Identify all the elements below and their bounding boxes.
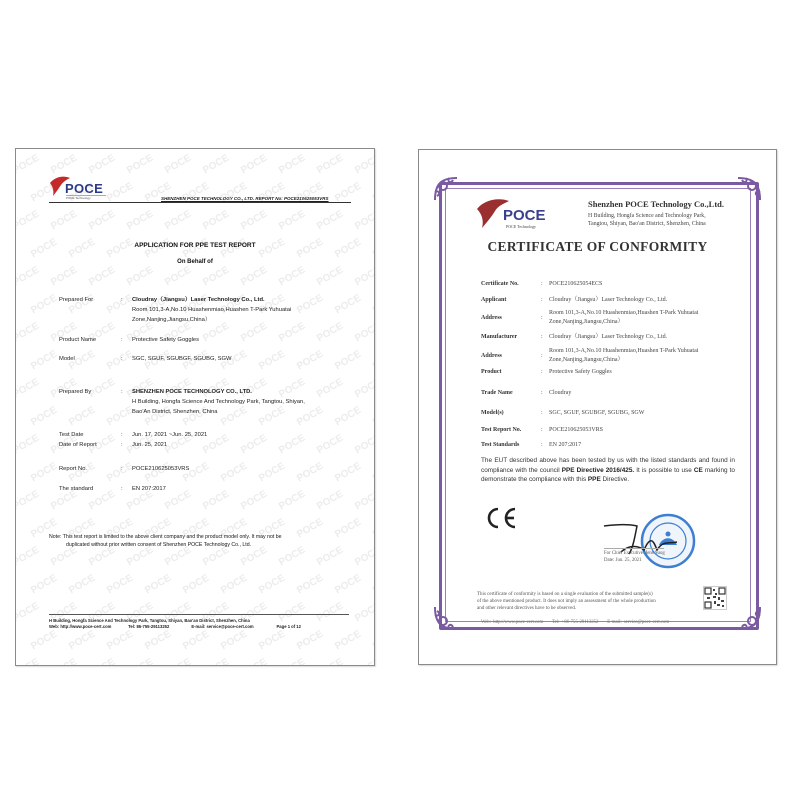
watermark-text: POCE: [354, 153, 375, 177]
field-colon: :: [121, 356, 123, 362]
watermark-text: POCE: [354, 209, 375, 233]
statement-directive: PPE Directive 2016/425.: [562, 467, 634, 474]
watermark-text: POCE: [106, 629, 136, 653]
watermark-text: POCE: [316, 657, 346, 666]
watermark-text: POCE: [258, 349, 288, 373]
field-value: SGC, SGUF, SGUBGF, SGUBG, SGW: [549, 409, 644, 418]
company-address: H Building, Hongfa Science and Technolog…: [588, 212, 706, 228]
field-colon: :: [541, 334, 543, 340]
signature-line: [604, 548, 664, 549]
field-value: POCE210625053VRS: [132, 464, 189, 474]
watermark-text: POCE: [50, 153, 80, 177]
watermark-text: POCE: [296, 573, 326, 597]
logo-name: POCE: [503, 207, 546, 224]
watermark-text: POCE: [106, 181, 136, 205]
field-value-line: Room 101,3-A,No.10 Huashenmiao,Huashen T…: [132, 305, 291, 315]
field-colon: :: [541, 369, 543, 375]
watermark-text: POCE: [240, 489, 270, 513]
watermark-text: POCE: [30, 349, 60, 373]
watermark-text: POCE: [278, 489, 308, 513]
field-value: Cloudray（Jiangsu）Laser Technology Co., L…: [549, 296, 667, 305]
field-label: Applicant: [481, 297, 506, 303]
field-value-line: Protective Safety Goggles: [132, 335, 199, 345]
corner-ornament-icon: [734, 174, 764, 204]
field-label: Prepared For: [59, 297, 119, 303]
watermark-text: POCE: [316, 321, 346, 345]
watermark-text: POCE: [220, 573, 250, 597]
watermark-text: POCE: [372, 629, 375, 653]
field-value-line: Zone,Nanjing,Jiangsu,China）: [132, 315, 291, 325]
watermark-text: POCE: [334, 629, 364, 653]
field-value: SGC, SGUF, SGUBGF, SGUBG, SGW: [132, 354, 232, 364]
footer-tel: Tel: 86-755-29113252: [128, 624, 190, 630]
field-value-line: SGC, SGUF, SGUBGF, SGUBG, SGW: [132, 354, 232, 364]
watermark-text: POCE: [334, 461, 364, 485]
field-value-line: Zone,Nanjing,Jiangsu,China）: [549, 356, 698, 365]
field-colon: :: [121, 389, 123, 395]
field-label: Address: [481, 315, 502, 321]
watermark-text: POCE: [144, 573, 174, 597]
watermark-text: POCE: [354, 657, 375, 666]
watermark-text: POCE: [258, 629, 288, 653]
watermark-text: POCE: [296, 293, 326, 317]
field-value-line: Room 101,3-A,No.10 Huashenmiao,Huashen T…: [549, 309, 698, 318]
poce-logo: POCE POCE Technology: [476, 197, 546, 231]
watermark-text: POCE: [15, 433, 42, 457]
watermark-text: POCE: [296, 517, 326, 541]
field-value-line: Jun. 25, 2021: [132, 440, 167, 450]
field-colon: :: [541, 442, 543, 448]
watermark-text: POCE: [334, 405, 364, 429]
statement-ppe: PPE: [588, 476, 601, 483]
watermark-text: POCE: [15, 153, 42, 177]
field-value-line: POCE210625053VRS: [549, 426, 603, 435]
watermark-text: POCE: [258, 461, 288, 485]
qr-code: [703, 586, 727, 610]
logo-name: POCE: [65, 181, 103, 196]
signature-text: For Chief Executive: Jens Suog Date: Jun…: [604, 550, 665, 564]
watermark-text: POCE: [372, 461, 375, 485]
watermark-text: POCE: [126, 153, 156, 177]
field-value: Protective Safety Goggles: [549, 368, 612, 377]
watermark-text: POCE: [240, 265, 270, 289]
footer-page: Page 1 of 12: [277, 624, 301, 630]
field-colon: :: [121, 297, 123, 303]
watermark-text: POCE: [372, 573, 375, 597]
watermark-text: POCE: [240, 153, 270, 177]
watermark-text: POCE: [164, 209, 194, 233]
note-line-1: Note: This test report is limited to the…: [49, 533, 282, 541]
field-label: Report No.: [59, 466, 119, 472]
contact-web: Web: http://www.poce-cert.com: [481, 620, 543, 625]
watermark-text: POCE: [372, 349, 375, 373]
field-colon: :: [541, 297, 543, 303]
watermark-text: POCE: [316, 265, 346, 289]
watermark-text: POCE: [278, 209, 308, 233]
field-value-line: Cloudray（Jiangsu）Laser Technology Co., L…: [549, 333, 667, 342]
ce-mark-icon: [484, 506, 518, 530]
watermark-text: POCE: [15, 377, 42, 401]
statement-text: It is possible to use: [634, 467, 694, 474]
watermark-text: POCE: [354, 321, 375, 345]
watermark-text: POCE: [354, 377, 375, 401]
test-report-page: POCEPOCEPOCEPOCEPOCEPOCEPOCEPOCEPOCEPOCE…: [15, 148, 375, 666]
watermark-text: POCE: [334, 181, 364, 205]
field-label: Trade Name: [481, 390, 513, 396]
watermark-text: POCE: [50, 209, 80, 233]
watermark-text: POCE: [88, 657, 118, 666]
field-colon: :: [541, 390, 543, 396]
company-address-line-1: H Building, Hongfa Science and Technolog…: [588, 212, 706, 220]
field-label: Test Standards: [481, 442, 519, 448]
field-value-line: SGC, SGUF, SGUBGF, SGUBG, SGW: [549, 409, 644, 418]
statement-text: Directive.: [601, 476, 629, 483]
footer-web: Web: http://www.poce-cert.com: [49, 624, 127, 630]
field-colon: :: [121, 466, 123, 472]
watermark-text: POCE: [316, 489, 346, 513]
watermark-text: POCE: [334, 517, 364, 541]
watermark-text: POCE: [15, 489, 42, 513]
header-rule: [49, 202, 351, 203]
watermark-text: POCE: [30, 293, 60, 317]
logo-subtitle: POCE Technology: [506, 224, 536, 229]
field-value-line: Cloudray: [549, 389, 571, 398]
field-label: Prepared By: [59, 389, 119, 395]
compliance-statement: The EUT described above has been tested …: [481, 456, 735, 485]
field-value: POCE210625053VRS: [549, 426, 603, 435]
watermark-text: POCE: [50, 489, 80, 513]
watermark-text: POCE: [106, 573, 136, 597]
contact-email: E-mail: service@poce-cert.com: [607, 620, 669, 625]
watermark-text: POCE: [278, 265, 308, 289]
watermark-text: POCE: [278, 433, 308, 457]
watermark-text: POCE: [334, 573, 364, 597]
field-label: Certificate No.: [481, 281, 519, 287]
field-colon: :: [541, 353, 543, 359]
field-value-line: Cloudray（Jiangsu）Laser Technology Co., L…: [132, 295, 291, 305]
logo-subtitle: POCE Technology: [66, 196, 90, 200]
watermark-text: POCE: [372, 181, 375, 205]
watermark-text: POCE: [30, 405, 60, 429]
watermark-text: POCE: [316, 433, 346, 457]
watermark-text: POCE: [354, 601, 375, 625]
watermark-text: POCE: [15, 209, 42, 233]
disclaimer-line: and other relevant directives have to be…: [477, 606, 656, 613]
field-label: Test Report No.: [481, 427, 521, 433]
watermark-text: POCE: [372, 405, 375, 429]
watermark-text: POCE: [164, 153, 194, 177]
watermark-text: POCE: [144, 629, 174, 653]
watermark-text: POCE: [68, 573, 98, 597]
company-name: Shenzhen POCE Technology Co.,Ltd.: [588, 199, 724, 209]
footer-email: E-mail: service@poce-cert.com: [191, 624, 275, 630]
field-value-line: Zone,Nanjing,Jiangsu,China）: [549, 318, 698, 327]
watermark-text: POCE: [164, 657, 194, 666]
watermark-text: POCE: [202, 489, 232, 513]
field-value: Protective Safety Goggles: [132, 335, 199, 345]
footer-rule: [49, 614, 349, 615]
corner-ornament-icon: [431, 174, 461, 204]
field-value: Jun. 17, 2021 ~Jun. 25, 2021: [132, 430, 207, 440]
watermark-text: POCE: [30, 629, 60, 653]
note-line-2: duplicated without prior written consent…: [49, 541, 282, 549]
disclaimer-line: This certificate of conformity is based …: [477, 592, 656, 599]
watermark-text: POCE: [88, 265, 118, 289]
watermark-text: POCE: [88, 489, 118, 513]
field-label: Model(s): [481, 410, 504, 416]
field-value: EN 207:2017: [549, 441, 581, 450]
watermark-text: POCE: [240, 433, 270, 457]
watermark-text: POCE: [316, 545, 346, 569]
report-note: Note: This test report is limited to the…: [49, 533, 282, 549]
contact-tel: Tel: +86-755-29113252: [552, 620, 599, 625]
field-colon: :: [121, 337, 123, 343]
field-colon: :: [541, 281, 543, 287]
field-label: The standard: [59, 486, 119, 492]
watermark-text: POCE: [334, 293, 364, 317]
corner-ornament-icon: [734, 603, 764, 633]
watermark-text: POCE: [88, 209, 118, 233]
field-value-line: Room 101,3-A,No.10 Huashenmiao,Huashen T…: [549, 347, 698, 356]
watermark-text: POCE: [372, 517, 375, 541]
watermark-text: POCE: [258, 573, 288, 597]
company-address-line-2: Tangtou, Shiyan, Bao'an District, Shenzh…: [588, 220, 706, 228]
field-value-line: Bao'An District, Shenzhen, China: [132, 407, 305, 417]
watermark-text: POCE: [202, 209, 232, 233]
report-footer: H Building, Hongfa Science And Technolog…: [49, 618, 301, 630]
field-colon: :: [541, 315, 543, 321]
watermark-text: POCE: [220, 629, 250, 653]
field-value-line: Jun. 17, 2021 ~Jun. 25, 2021: [132, 430, 207, 440]
field-value-line: EN 207:2017: [549, 441, 581, 450]
field-label: Product: [481, 369, 502, 375]
watermark-text: POCE: [68, 629, 98, 653]
watermark-text: POCE: [50, 657, 80, 666]
watermark-text: POCE: [316, 153, 346, 177]
certificate-page: POCE POCE Technology Shenzhen POCE Techn…: [418, 149, 777, 665]
certificate-title: CERTIFICATE OF CONFORMITY: [419, 239, 776, 255]
signature-date: Date: Jun. 25, 2021: [604, 557, 665, 564]
field-value: POCE210625054ECS: [549, 280, 602, 289]
signature-block: For Chief Executive: Jens Suog Date: Jun…: [599, 510, 709, 580]
field-colon: :: [121, 486, 123, 492]
watermark-text: POCE: [354, 545, 375, 569]
watermark-text: POCE: [334, 349, 364, 373]
watermark-text: POCE: [126, 657, 156, 666]
report-subtitle: On Behalf of: [16, 259, 374, 265]
watermark-text: POCE: [68, 461, 98, 485]
field-value: Cloudray（Jiangsu）Laser Technology Co., L…: [132, 295, 291, 325]
field-value: Cloudray: [549, 389, 571, 398]
watermark-text: POCE: [50, 265, 80, 289]
poce-logo: POCE POCE Technology: [49, 175, 109, 201]
field-value-line: SHENZHEN POCE TECHNOLOGY CO., LTD.: [132, 387, 305, 397]
field-value-line: Protective Safety Goggles: [549, 368, 612, 377]
watermark-text: POCE: [15, 321, 42, 345]
field-value-line: POCE210625053VRS: [132, 464, 189, 474]
field-value-line: EN 207:2017: [132, 484, 166, 494]
watermark-text: POCE: [182, 573, 212, 597]
watermark-text: POCE: [354, 433, 375, 457]
field-value-line: Cloudray（Jiangsu）Laser Technology Co., L…: [549, 296, 667, 305]
field-colon: :: [121, 432, 123, 438]
watermark-text: POCE: [164, 265, 194, 289]
field-value: EN 207:2017: [132, 484, 166, 494]
field-value: Cloudray（Jiangsu）Laser Technology Co., L…: [549, 333, 667, 342]
watermark-text: POCE: [296, 349, 326, 373]
watermark-text: POCE: [278, 545, 308, 569]
watermark-text: POCE: [278, 657, 308, 666]
watermark-text: POCE: [15, 601, 42, 625]
watermark-text: POCE: [15, 545, 42, 569]
watermark-text: POCE: [296, 461, 326, 485]
watermark-text: POCE: [126, 209, 156, 233]
signature-line-1: For Chief Executive: Jens Suog: [604, 550, 665, 557]
watermark-text: POCE: [372, 293, 375, 317]
field-value: Jun. 25, 2021: [132, 440, 167, 450]
watermark-text: POCE: [354, 489, 375, 513]
field-label: Date of Report: [59, 442, 119, 448]
watermark-text: POCE: [202, 153, 232, 177]
watermark-text: POCE: [68, 405, 98, 429]
watermark-text: POCE: [182, 629, 212, 653]
report-title: APPLICATION FOR PPE TEST REPORT: [16, 242, 374, 249]
watermark-text: POCE: [354, 265, 375, 289]
field-value: Room 101,3-A,No.10 Huashenmiao,Huashen T…: [549, 309, 698, 327]
watermark-text: POCE: [316, 601, 346, 625]
field-label: Product Name: [59, 337, 119, 343]
watermark-text: POCE: [202, 265, 232, 289]
watermark-text: POCE: [240, 657, 270, 666]
watermark-text: POCE: [278, 153, 308, 177]
watermark-text: POCE: [316, 209, 346, 233]
watermark-text: POCE: [202, 657, 232, 666]
field-label: Test Date: [59, 432, 119, 438]
watermark-text: POCE: [30, 573, 60, 597]
watermark-text: POCE: [220, 461, 250, 485]
disclaimer-line: of the above mentioned product. It does …: [477, 599, 656, 606]
watermark-text: POCE: [88, 153, 118, 177]
field-colon: :: [541, 410, 543, 416]
field-value-line: POCE210625054ECS: [549, 280, 602, 289]
watermark-text: POCE: [15, 657, 42, 666]
field-value-line: H Building, Hongfa Science And Technolog…: [132, 397, 305, 407]
watermark-text: POCE: [296, 629, 326, 653]
field-value: SHENZHEN POCE TECHNOLOGY CO., LTD.H Buil…: [132, 387, 305, 417]
certificate-disclaimer: This certificate of conformity is based …: [477, 592, 656, 612]
field-label: Manufacturer: [481, 334, 517, 340]
qr-code-icon: [704, 587, 726, 609]
watermark-text: POCE: [316, 377, 346, 401]
corner-ornament-icon: [431, 603, 461, 633]
certificate-contact: Web: http://www.poce-cert.com Tel: +86-7…: [481, 620, 669, 625]
watermark-text: POCE: [164, 489, 194, 513]
watermark-text: POCE: [126, 265, 156, 289]
field-colon: :: [121, 442, 123, 448]
field-colon: :: [541, 427, 543, 433]
watermark-text: POCE: [30, 461, 60, 485]
field-label: Model: [59, 356, 119, 362]
field-label: Address: [481, 353, 502, 359]
header-text: SHENZHEN POCE TECHNOLOGY CO., LTD. REPOR…: [161, 196, 329, 201]
watermark-text: POCE: [15, 265, 42, 289]
statement-ce: CE: [694, 467, 703, 474]
watermark-text: POCE: [240, 209, 270, 233]
field-value: Room 101,3-A,No.10 Huashenmiao,Huashen T…: [549, 347, 698, 365]
